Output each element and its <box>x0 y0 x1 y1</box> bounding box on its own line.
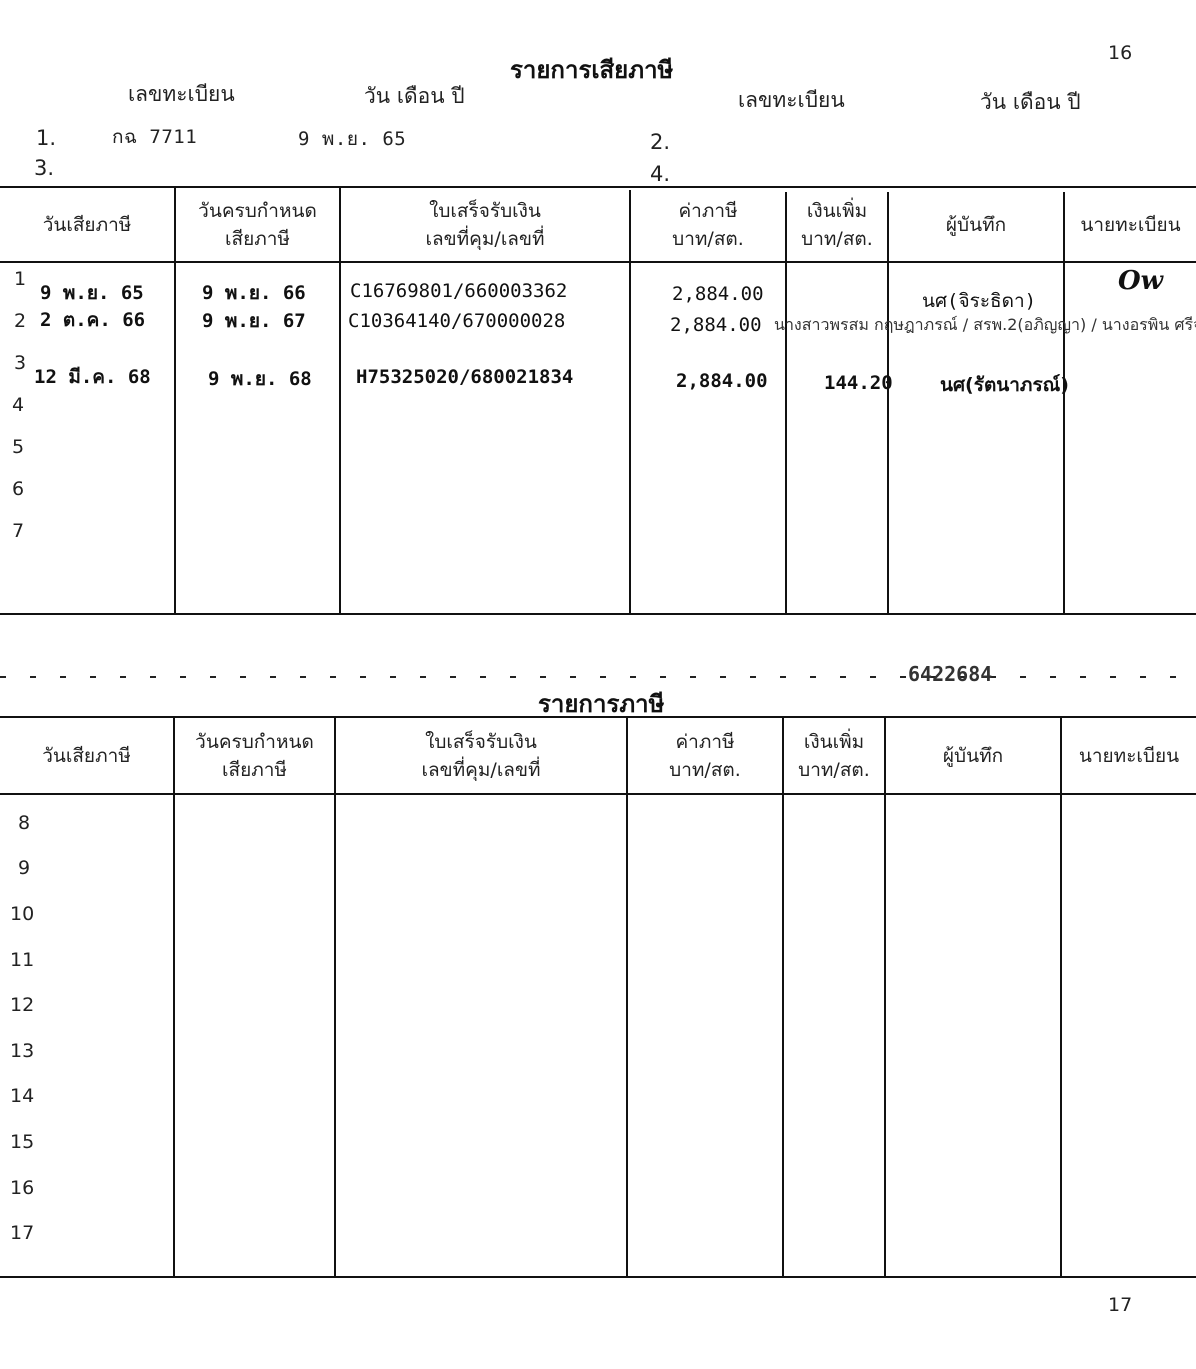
row2-pay-date: 2 ต.ค. 66 <box>40 305 145 335</box>
col-tax: ค่าภาษีบาท/สต. <box>631 190 785 260</box>
row3-due-date: 9 พ.ย. 68 <box>208 364 312 394</box>
table2-col-divider <box>884 716 886 1278</box>
perforation-line <box>0 676 1196 678</box>
date-label-left: วัน เดือน ปี <box>364 80 465 113</box>
tax-payment-title: รายการเสียภาษี <box>510 50 673 89</box>
table1-header-border <box>0 261 1196 263</box>
row-number: 10 <box>10 903 34 925</box>
perforation-code: 6422684 <box>908 662 992 686</box>
row-number: 4 <box>12 394 24 416</box>
row1-receipt: C16769801/660003362 <box>350 280 567 302</box>
col-recorder: ผู้บันทึก <box>889 190 1063 260</box>
row-number: 17 <box>10 1222 34 1244</box>
entry-4-number: 4. <box>650 162 670 186</box>
col-due-date-line2: เสียภาษี <box>225 225 290 253</box>
col-pay-date: วันเสียภาษี <box>0 190 174 260</box>
col-registrar-label: นายทะเบียน <box>1079 742 1179 770</box>
row2-recorder: นางสาวพรสม กฤษฎาภรณ์ / สรพ.2(อภิญญา) / น… <box>774 313 1196 338</box>
row-number: 16 <box>10 1177 34 1199</box>
row-number: 8 <box>18 812 30 834</box>
row2-due-date: 9 พ.ย. 67 <box>202 306 306 336</box>
row-number: 2 <box>14 310 26 332</box>
col-recorder: ผู้บันทึก <box>886 720 1060 792</box>
row-number: 7 <box>12 520 24 542</box>
col-receipt-line1: ใบเสร็จรับเงิน <box>425 728 537 756</box>
col-receipt-line2: เลขที่คุม/เลขที่ <box>426 225 545 253</box>
col-due-date-line2: เสียภาษี <box>222 756 287 784</box>
row-number: 5 <box>12 436 24 458</box>
page-number-top: 16 <box>1108 42 1132 64</box>
table2-top-border <box>0 716 1196 718</box>
entry-1-date: 9 พ.ย. 65 <box>298 124 406 154</box>
row-number: 14 <box>10 1085 34 1107</box>
row1-pay-date: 9 พ.ย. 65 <box>40 278 144 308</box>
row3-tax: 2,884.00 <box>676 370 768 392</box>
entry-3-number: 3. <box>34 156 54 180</box>
row1-recorder: นศ(จิระธิดา) <box>922 286 1036 316</box>
col-pay-date-label: วันเสียภาษี <box>43 211 132 239</box>
reg-number-label-right: เลขทะเบียน <box>738 84 845 117</box>
col-tax-line2: บาท/สต. <box>669 756 741 784</box>
col-receipt: ใบเสร็จรับเงินเลขที่คุม/เลขที่ <box>336 720 626 792</box>
row-number: 1 <box>14 268 26 290</box>
col-due-date: วันครบกำหนดเสียภาษี <box>176 190 339 260</box>
col-recorder-label: ผู้บันทึก <box>946 211 1006 239</box>
col-receipt-line1: ใบเสร็จรับเงิน <box>429 197 541 225</box>
col-tax: ค่าภาษีบาท/สต. <box>628 720 782 792</box>
reg-number-label-left: เลขทะเบียน <box>128 78 235 111</box>
col-tax-line1: ค่าภาษี <box>678 197 737 225</box>
col-due-date: วันครบกำหนดเสียภาษี <box>175 720 334 792</box>
col-receipt-line2: เลขที่คุม/เลขที่ <box>422 756 541 784</box>
row-number: 6 <box>12 478 24 500</box>
col-extra-line1: เงินเพิ่ม <box>804 728 864 756</box>
table1-bottom-border <box>0 613 1196 615</box>
row-number: 12 <box>10 994 34 1016</box>
col-registrar-label: นายทะเบียน <box>1080 211 1180 239</box>
col-extra: เงินเพิ่มบาท/สต. <box>784 720 884 792</box>
col-registrar: นายทะเบียน <box>1065 190 1196 260</box>
col-registrar: นายทะเบียน <box>1062 720 1196 792</box>
col-tax-line2: บาท/สต. <box>672 225 744 253</box>
col-receipt: ใบเสร็จรับเงินเลขที่คุม/เลขที่ <box>341 190 629 260</box>
col-extra-line1: เงินเพิ่ม <box>807 197 867 225</box>
table2-col-divider <box>626 716 628 1278</box>
table2-col-divider <box>782 716 784 1278</box>
row3-receipt: H75325020/680021834 <box>356 366 573 388</box>
row-number: 9 <box>18 857 30 879</box>
entry-2-number: 2. <box>650 130 670 154</box>
row-number: 3 <box>14 352 26 374</box>
row1-due-date: 9 พ.ย. 66 <box>202 278 306 308</box>
table2-col-divider <box>1060 716 1062 1278</box>
row1-registrar-signature: Ow <box>1118 266 1163 296</box>
table2-bottom-border <box>0 1276 1196 1278</box>
row-number: 11 <box>10 949 34 971</box>
row-number: 13 <box>10 1040 34 1062</box>
col-recorder-label: ผู้บันทึก <box>943 742 1003 770</box>
table1-top-border <box>0 186 1196 188</box>
col-due-date-line1: วันครบกำหนด <box>195 728 314 756</box>
table2-col-divider <box>334 716 336 1278</box>
col-extra: เงินเพิ่มบาท/สต. <box>787 190 887 260</box>
row3-recorder: นศ(รัตนาภรณ์) <box>940 370 1069 400</box>
row3-pay-date: 12 มี.ค. 68 <box>34 362 151 392</box>
row2-tax: 2,884.00 <box>670 314 762 336</box>
col-due-date-line1: วันครบกำหนด <box>198 197 317 225</box>
col-pay-date: วันเสียภาษี <box>0 720 173 792</box>
date-label-right: วัน เดือน ปี <box>980 86 1081 119</box>
row3-extra: 144.20 <box>824 372 893 394</box>
table2-header-border <box>0 793 1196 795</box>
table2-col-divider <box>173 716 175 1278</box>
page-number-bottom: 17 <box>1108 1294 1132 1316</box>
row-number: 15 <box>10 1131 34 1153</box>
entry-1-reg: กฉ 7711 <box>112 122 197 152</box>
row2-receipt: C10364140/670000028 <box>348 310 565 332</box>
col-extra-line2: บาท/สต. <box>798 756 870 784</box>
row1-tax: 2,884.00 <box>672 283 764 305</box>
col-tax-line1: ค่าภาษี <box>675 728 734 756</box>
entry-1-number: 1. <box>36 126 56 150</box>
col-extra-line2: บาท/สต. <box>801 225 873 253</box>
col-pay-date-label: วันเสียภาษี <box>42 742 131 770</box>
